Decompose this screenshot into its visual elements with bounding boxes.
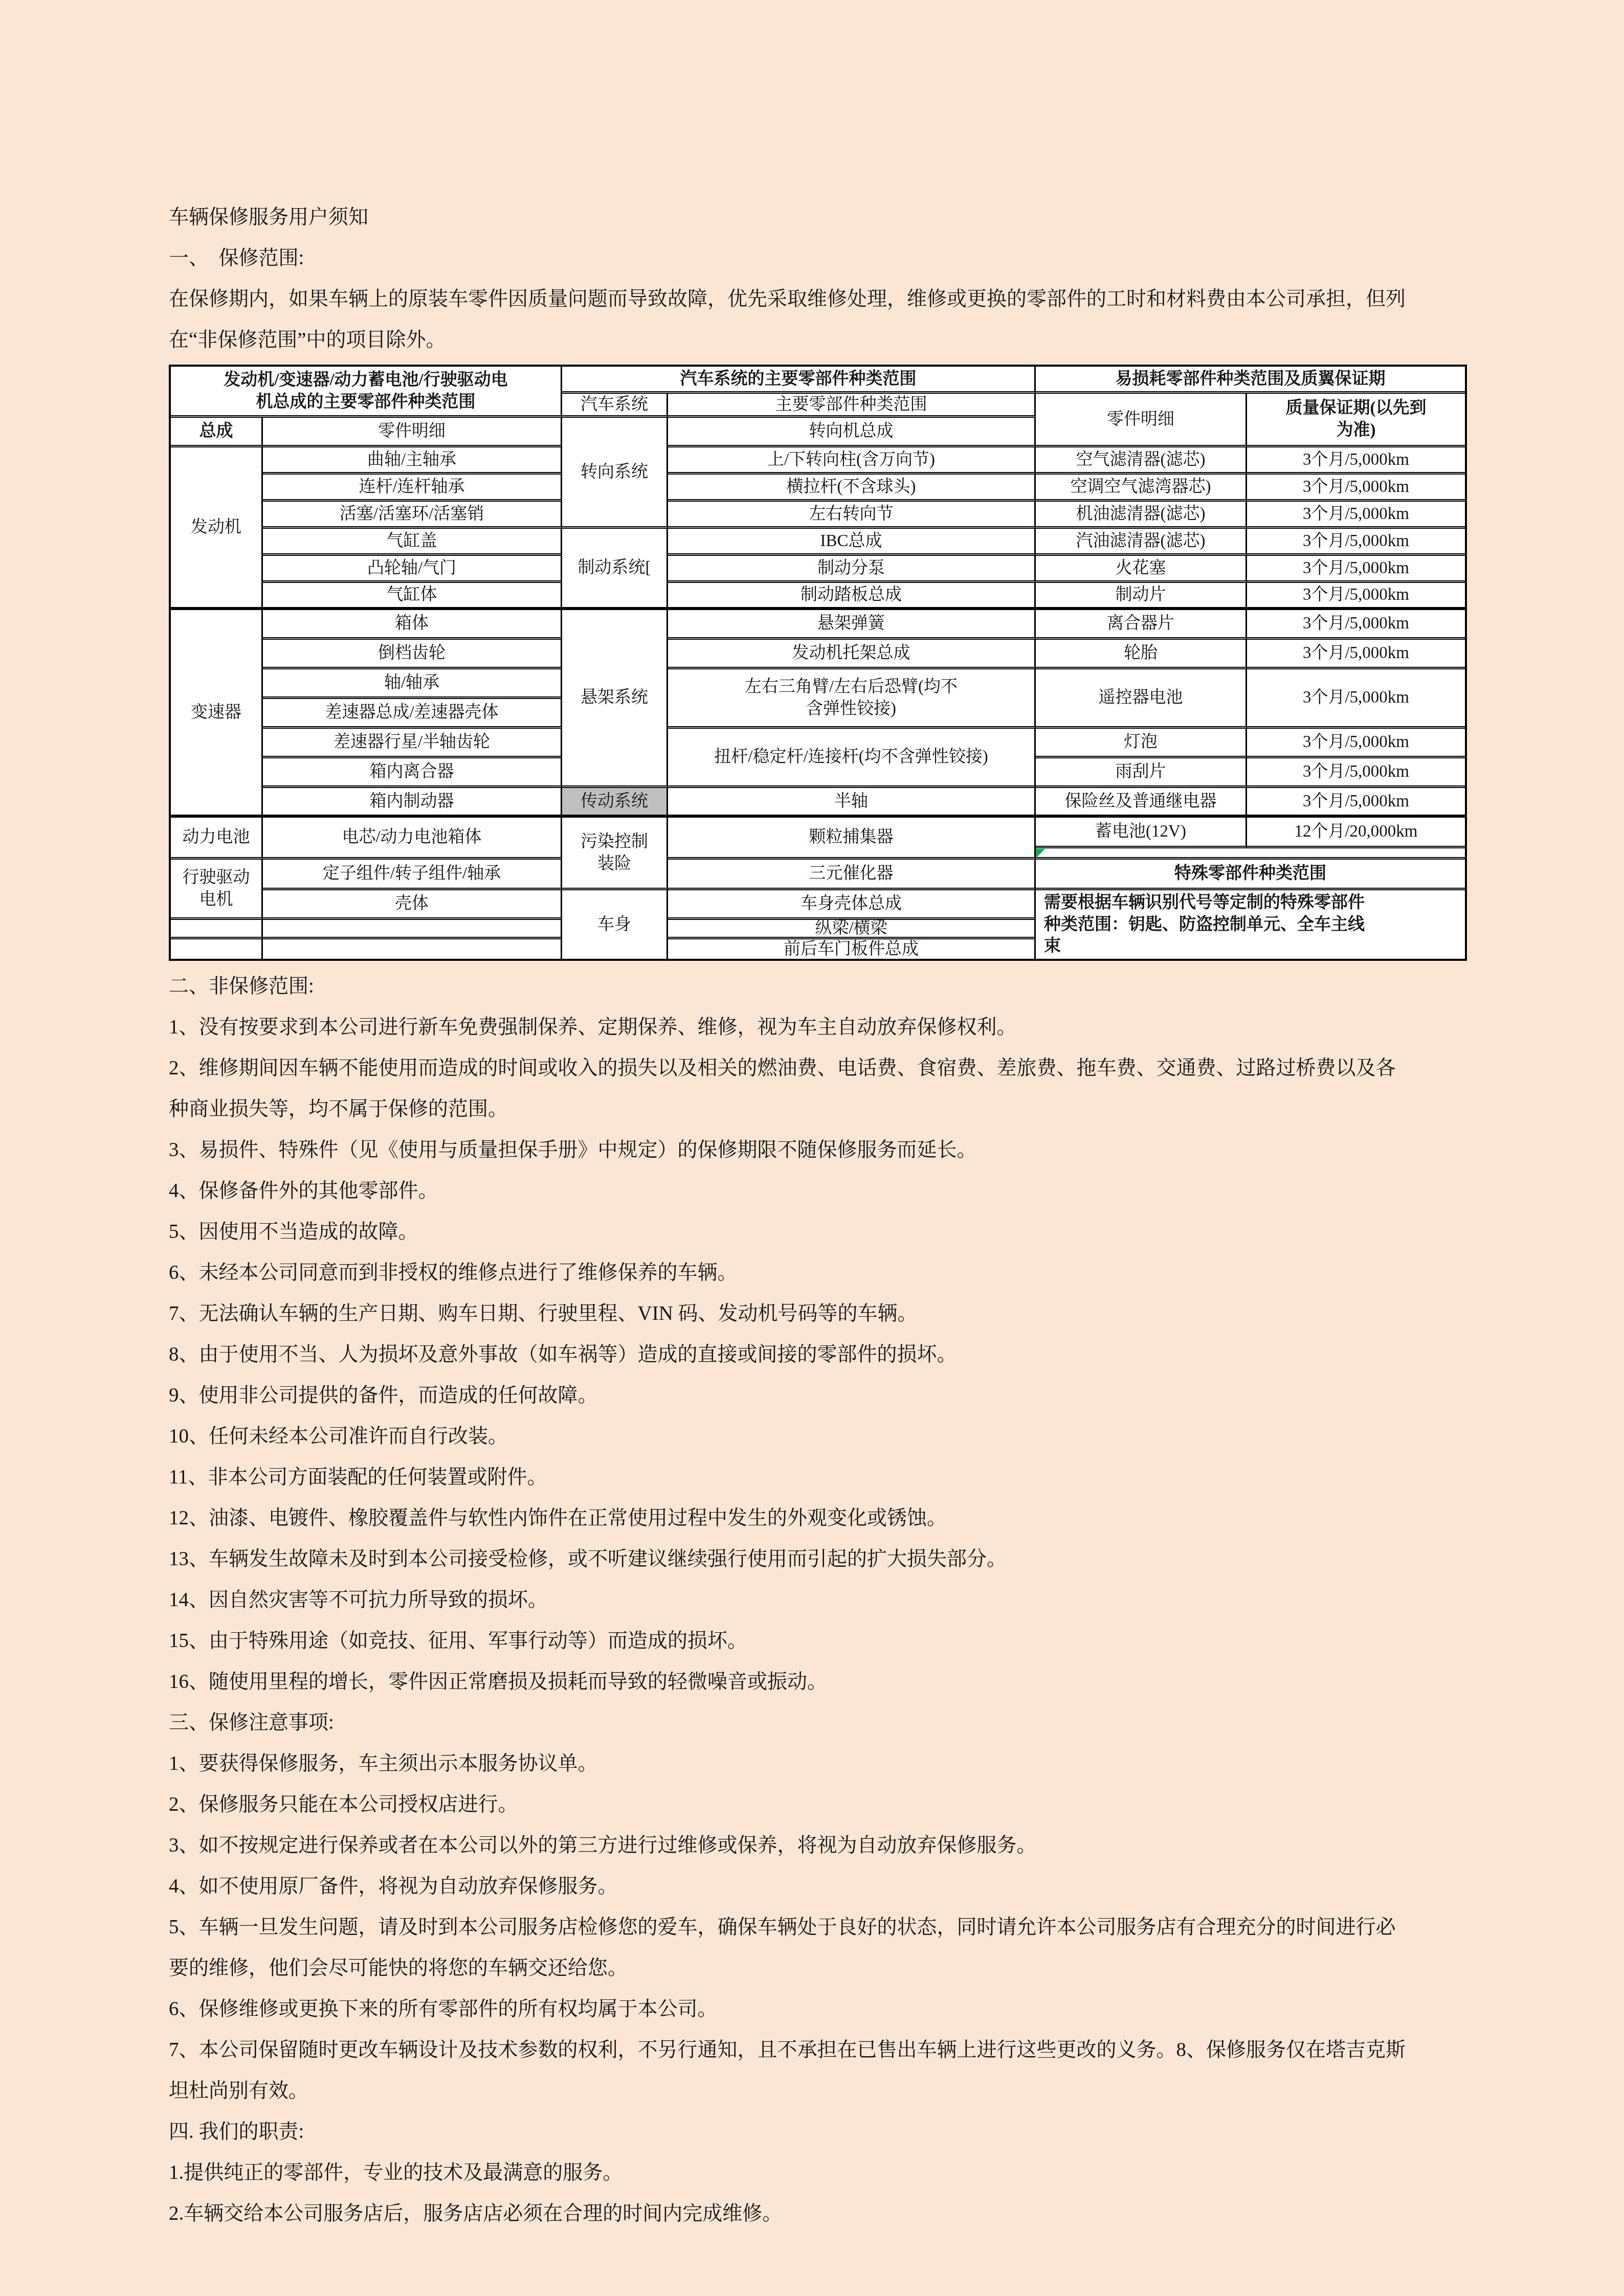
- list-item-line: 12、油漆、电镀件、橡胶覆盖件与软性内饰件在正常使用过程中发生的外观变化或锈蚀。: [169, 1498, 1463, 1539]
- subheader-warranty-period: 质量保证期(以先到 为准): [1247, 394, 1465, 447]
- list-item-line: 2、维修期间因车辆不能使用而造成的时间或收入的损失以及相关的燃油费、电话费、食宿…: [169, 1048, 1463, 1089]
- cell-transmission-system-highlighted: 传动系统: [562, 788, 668, 818]
- table-cell: 动力电池: [171, 818, 263, 860]
- doc-title: 车辆保修服务用户须知: [169, 197, 1463, 238]
- section4-items: 1.提供纯正的零部件，专业的技术及最满意的服务。2.车辆交给本公司服务店后，服务…: [169, 2152, 1463, 2234]
- list-item-line: 2.车辆交给本公司服务店后，服务店店必须在合理的时间内完成维修。: [169, 2193, 1463, 2234]
- list-item-line: 6、未经本公司同意而到非授权的维修点进行了维修保养的车辆。: [169, 1252, 1463, 1293]
- section1-heading: 一、 保修范围:: [169, 238, 1463, 279]
- table-cell: 定子组件/转子组件/轴承: [263, 860, 562, 890]
- table-cell: 制动片: [1036, 583, 1247, 610]
- list-item-line: 1.提供纯正的零部件，专业的技术及最满意的服务。: [169, 2152, 1463, 2193]
- table-cell: [263, 939, 562, 959]
- table-cell: 空气滤清器(滤芯): [1036, 447, 1247, 475]
- table-cell: 倒档齿轮: [263, 640, 562, 669]
- table-cell: 3个月/5,000km: [1247, 583, 1465, 610]
- list-item-line: 2、保修服务只能在本公司授权店进行。: [169, 1784, 1463, 1825]
- table-cell: 箱体: [263, 610, 562, 640]
- list-item-line: 1、要获得保修服务，车主须出示本服务协议单。: [169, 1743, 1463, 1784]
- subheader-part-list: 零件明细: [263, 418, 562, 447]
- table-cell: 箱内离合器: [263, 758, 562, 788]
- subheader-part-detail: 零件明细: [1036, 394, 1247, 447]
- table-cell: 轮胎: [1036, 640, 1247, 669]
- subheader-system: 汽车系统: [562, 394, 668, 418]
- table-cell: 转向机总成: [668, 418, 1036, 447]
- table-cell: 3个月/5,000km: [1247, 640, 1465, 669]
- table-cell: 机油滤清器(滤芯): [1036, 502, 1247, 529]
- header-vehicle-systems: 汽车系统的主要零部件种类范围: [562, 367, 1036, 394]
- table-cell: 3个月/5,000km: [1247, 669, 1465, 729]
- paragraph-line: 在保修期内，如果车辆上的原装车零件因质量问题而导致故障，优先采取维修处理，维修或…: [169, 279, 1463, 320]
- table-cell: 活塞/活塞环/活塞销: [263, 502, 562, 529]
- list-item-line: 3、易损件、特殊件（见《使用与质量担保手册》中规定）的保修期限不随保修服务而延长…: [169, 1130, 1463, 1170]
- list-item-line: 4、如不使用原厂备件，将视为自动放弃保修服务。: [169, 1866, 1463, 1907]
- table-cell: 3个月/5,000km: [1247, 502, 1465, 529]
- table-cell: 箱内制动器: [263, 788, 562, 818]
- header-wear-parts: 易损耗零部件种类范围及质翼保证期: [1036, 367, 1465, 394]
- subheader-main-parts: 主要零部件种类范围: [668, 394, 1036, 418]
- table-cell: 三元催化器: [668, 860, 1036, 890]
- table-cell: 污染控制 装险: [562, 818, 668, 890]
- table-cell: 3个月/5,000km: [1247, 758, 1465, 788]
- table-cell: 3个月/5,000km: [1247, 788, 1465, 818]
- warranty-table: 发动机/变速器/动力蓄电池/行驶驱动电 机总成的主要零部件种类范围汽车系统的主要…: [169, 365, 1467, 961]
- list-item-line: 15、由于特殊用途（如竞技、征用、军事行动等）而造成的损坏。: [169, 1620, 1463, 1661]
- table-cell: [263, 920, 562, 939]
- table-cell: 左右三角臂/左右后恐臂(均不 含弹性铰接): [668, 669, 1036, 729]
- paragraph-line: 在“非保修范围”中的项目除外。: [169, 320, 1463, 361]
- list-item-line: 3、如不按规定进行保养或者在本公司以外的第三方进行过维修或保养，将视为自动放弃保…: [169, 1825, 1463, 1866]
- header-special-parts: 特殊零部件种类范围: [1036, 860, 1465, 890]
- table-cell: 空调空气滤湾器芯): [1036, 475, 1247, 502]
- table-cell: 发动机: [171, 447, 263, 610]
- table-cell: 车身: [562, 890, 668, 959]
- table-cell: [171, 920, 263, 939]
- table-cell: 电芯/动力电池箱体: [263, 818, 562, 860]
- table-cell: 3个月/5,000km: [1247, 529, 1465, 556]
- table-cell: 变速器: [171, 610, 263, 818]
- section2-items: 1、没有按要求到本公司进行新车免费强制保养、定期保养、维修，视为车主自动放弃保修…: [169, 1007, 1463, 1702]
- table-cell: 纵梁/横梁: [668, 920, 1036, 939]
- table-cell: 雨刮片: [1036, 758, 1247, 788]
- table-cell: 12个月/20,000km: [1247, 818, 1465, 848]
- header-assembly-group: 发动机/变速器/动力蓄电池/行驶驱动电 机总成的主要零部件种类范围: [171, 367, 562, 418]
- list-item-line: 要的维修，他们会尽可能快的将您的车辆交还给您。: [169, 1948, 1463, 1989]
- list-item-line: 11、非本公司方面装配的任何装置或附件。: [169, 1457, 1463, 1498]
- table-cell: 扭杆/稳定杆/连接杆(均不含弹性铰接): [668, 729, 1036, 788]
- table-cell: 火花塞: [1036, 556, 1247, 583]
- section1-paragraph: 在保修期内，如果车辆上的原装车零件因质量问题而导致故障，优先采取维修处理，维修或…: [169, 279, 1463, 361]
- table-cell: 横拉杆(不含球头): [668, 475, 1036, 502]
- table-cell: 半轴: [668, 788, 1036, 818]
- section3-heading: 三、保修注意事项:: [169, 1702, 1463, 1743]
- table-cell: 3个月/5,000km: [1247, 610, 1465, 640]
- list-item-line: 13、车辆发生故障未及时到本公司接受检修，或不听建议继续强行使用而引起的扩大损失…: [169, 1539, 1463, 1580]
- table-cell: 差速器总成/差速器壳体: [263, 699, 562, 729]
- list-item-line: 1、没有按要求到本公司进行新车免费强制保养、定期保养、维修，视为车主自动放弃保修…: [169, 1007, 1463, 1048]
- document-page: 车辆保修服务用户须知 一、 保修范围: 在保修期内，如果车辆上的原装车零件因质量…: [169, 197, 1463, 2234]
- table-cell: 3个月/5,000km: [1247, 729, 1465, 758]
- table-cell: 灯泡: [1036, 729, 1247, 758]
- table-cell: IBC总成: [668, 529, 1036, 556]
- list-item-line: 5、因使用不当造成的故障。: [169, 1211, 1463, 1252]
- table-cell: 曲轴/主轴承: [263, 447, 562, 475]
- list-item-line: 10、任何未经本公司准许而自行改装。: [169, 1416, 1463, 1457]
- table-cell: 离合器片: [1036, 610, 1247, 640]
- table-cell: 车身壳体总成: [668, 890, 1036, 920]
- table-cell: 悬架弹簧: [668, 610, 1036, 640]
- table-cell: 行驶驱动 电机: [171, 860, 263, 920]
- spacer-cell-with-marker: [1036, 848, 1465, 860]
- table-cell: 3个月/5,000km: [1247, 447, 1465, 475]
- list-item-line: 种商业损失等，均不属于保修的范围。: [169, 1089, 1463, 1130]
- table-cell: [171, 939, 263, 959]
- table-cell: 3个月/5,000km: [1247, 556, 1465, 583]
- table-cell: 上/下转向柱(含万向节): [668, 447, 1036, 475]
- list-item-line: 4、保修备件外的其他零部件。: [169, 1170, 1463, 1211]
- section2-heading: 二、非保修范围:: [169, 966, 1463, 1007]
- list-item-line: 16、随使用里程的增长，零件因正常磨损及损耗而导致的轻微噪音或振动。: [169, 1661, 1463, 1702]
- table-cell: 悬架系统: [562, 610, 668, 788]
- table-cell: 遥控器电池: [1036, 669, 1247, 729]
- table-cell: 颗粒捕集器: [668, 818, 1036, 860]
- list-item-line: 7、无法确认车辆的生产日期、购车日期、行驶里程、VIN 码、发动机号码等的车辆。: [169, 1293, 1463, 1334]
- list-item-line: 9、使用非公司提供的备件，而造成的任何故障。: [169, 1375, 1463, 1416]
- table-cell: 前后车门板件总成: [668, 939, 1036, 959]
- table-cell: 壳体: [263, 890, 562, 920]
- table-cell: 左右转向节: [668, 502, 1036, 529]
- table-cell: 制动踏板总成: [668, 583, 1036, 610]
- table-cell: 轴/轴承: [263, 669, 562, 699]
- list-item-line: 14、因自然灾害等不可抗力所导致的损坏。: [169, 1580, 1463, 1620]
- table-cell: 连杆/连杆轴承: [263, 475, 562, 502]
- list-item-line: 7、本公司保留随时更改车辆设计及技术参数的权利，不另行通知，且不承担在已售出车辆…: [169, 2030, 1463, 2070]
- table-cell: 制动系统[: [562, 529, 668, 610]
- list-item-line: 8、由于使用不当、人为损坏及意外事故（如车祸等）造成的直接或间接的零部件的损坏。: [169, 1334, 1463, 1375]
- table-cell: 汽油滤清器(滤芯): [1036, 529, 1247, 556]
- section3-items: 1、要获得保修服务，车主须出示本服务协议单。2、保修服务只能在本公司授权店进行。…: [169, 1743, 1463, 2111]
- section4-heading: 四. 我们的职责:: [169, 2111, 1463, 2152]
- table-cell: 转向系统: [562, 418, 668, 529]
- table-cell: 气缸盖: [263, 529, 562, 556]
- table-cell: 3个月/5,000km: [1247, 475, 1465, 502]
- table-cell: 气缸体: [263, 583, 562, 610]
- list-item-line: 5、车辆一旦发生问题，请及时到本公司服务店检修您的爱车，确保车辆处于良好的状态，…: [169, 1907, 1463, 1948]
- subheader-assembly: 总成: [171, 418, 263, 447]
- list-item-line: 6、保修维修或更换下来的所有零部件的所有权均属于本公司。: [169, 1989, 1463, 2030]
- table-cell: 保险丝及普通继电器: [1036, 788, 1247, 818]
- table-cell: 发动机托架总成: [668, 640, 1036, 669]
- table-cell: 制动分泵: [668, 556, 1036, 583]
- table-cell: 差速器行星/半轴齿轮: [263, 729, 562, 758]
- special-parts-note: 需要根据车辆识别代号等定制的特殊零部件 种类范围：钥匙、防盗控制单元、全车主线 …: [1036, 890, 1465, 959]
- table-cell: 凸轮轴/气门: [263, 556, 562, 583]
- table-cell: 蓄电池(12V): [1036, 818, 1247, 848]
- list-item-line: 坦杜尚别有效。: [169, 2070, 1463, 2111]
